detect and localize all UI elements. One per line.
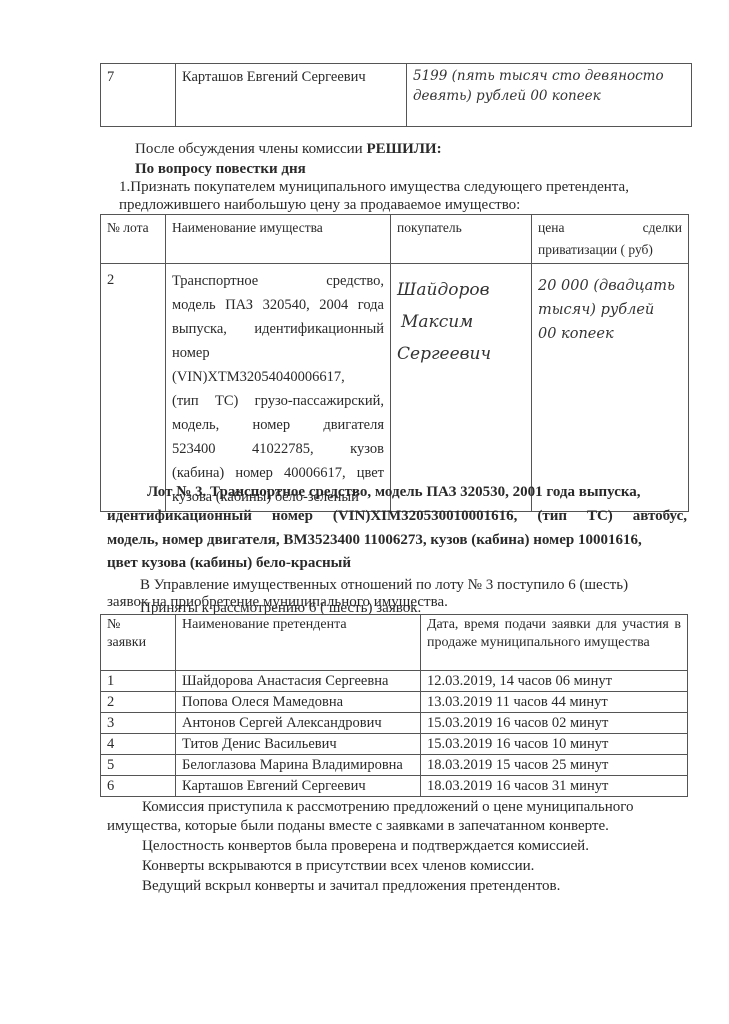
col-property-name: Наименование имущества <box>166 215 391 264</box>
property-description: Транспортное средство, модель ПАЗ 320540… <box>166 264 391 512</box>
col-price-line2: приватизации ( руб) <box>538 239 682 261</box>
col-price-line1-right: сделки <box>643 217 682 239</box>
table-row: 1 Шайдорова Анастасия Сергеевна 12.03.20… <box>101 671 688 692</box>
closing-p3: Конверты вскрываются в присутствии всех … <box>142 856 534 876</box>
applications-table: № заявки Наименование претендента Дата, … <box>100 614 688 797</box>
lot3-heading-line3: модель, номер двигателя, ВМ3523400 11006… <box>107 530 642 550</box>
bid-price-line1: 5199 (пять тысяч сто девяносто <box>413 66 685 86</box>
col-applicant-name: Наименование претендента <box>176 615 421 671</box>
applicant-name: Антонов Сергей Александрович <box>176 713 421 734</box>
buyer-patronymic: Сергеевич <box>397 338 525 370</box>
table-row: 6 Карташов Евгений Сергеевич 18.03.2019 … <box>101 776 688 797</box>
col-price-line1-left: цена <box>538 217 564 239</box>
decision-intro-text: После обсуждения члены комиссии <box>135 141 366 157</box>
submission-date: 18.03.2019 16 часов 31 минут <box>421 776 688 797</box>
desc-line: выпуска, идентификационный <box>172 317 384 341</box>
decision-intro: После обсуждения члены комиссии РЕШИЛИ: <box>135 139 442 159</box>
closing-p4: Ведущий вскрыл конверты и зачитал предло… <box>142 876 560 896</box>
col-price: цена сделки приватизации ( руб) <box>532 215 689 264</box>
decision-item1-line1: 1.Признать покупателем муниципального им… <box>119 177 689 197</box>
col-lot-number: № лота <box>101 215 166 264</box>
application-number: 4 <box>101 734 176 755</box>
buyer-handwritten: Шайдоров Максим Сергеевич <box>391 264 532 512</box>
table-header-row: № заявки Наименование претендента Дата, … <box>101 615 688 671</box>
application-number: 1 <box>101 671 176 692</box>
decision-table: № лота Наименование имущества покупатель… <box>100 214 689 512</box>
closing-p1-line1: Комиссия приступила к рассмотрению предл… <box>142 797 634 817</box>
table-row: 7 Карташов Евгений Сергеевич 5199 (пять … <box>101 64 692 127</box>
col-buyer: покупатель <box>391 215 532 264</box>
col-number-line1: № <box>107 616 169 634</box>
buyer-first-name: Максим <box>397 306 525 338</box>
lot3-heading-line1: Лот № 3. Транспортное средство, модель П… <box>147 482 687 502</box>
price-handwritten: 20 000 (двадцать тысяч) рублей 00 копеек <box>532 264 689 512</box>
bids-table-continuation: 7 Карташов Евгений Сергеевич 5199 (пять … <box>100 63 692 127</box>
col-application-number: № заявки <box>101 615 176 671</box>
price-line: 20 000 (двадцать <box>538 274 682 298</box>
application-number: 6 <box>101 776 176 797</box>
agenda-heading: По вопросу повестки дня <box>135 159 306 179</box>
applicant-name: Белоглазова Марина Владимировна <box>176 755 421 776</box>
desc-line: 523400 41022785, кузов <box>172 437 384 461</box>
buyer-surname: Шайдоров <box>397 274 525 306</box>
lot-number: 2 <box>101 264 166 512</box>
desc-line: Транспортное средство, <box>172 269 384 293</box>
applicant-name: Карташов Евгений Сергеевич <box>176 776 421 797</box>
decided-label: РЕШИЛИ: <box>366 141 441 157</box>
col-number-line2: заявки <box>107 634 169 652</box>
table-row: 2 Транспортное средство, модель ПАЗ 3205… <box>101 264 689 512</box>
table-row: 2 Попова Олеся Мамедовна 13.03.2019 11 ч… <box>101 692 688 713</box>
bid-price-handwritten: 5199 (пять тысяч сто девяносто девять) р… <box>407 64 692 127</box>
closing-p2: Целостность конвертов была проверена и п… <box>142 836 589 856</box>
application-number: 2 <box>101 692 176 713</box>
submission-date: 12.03.2019, 14 часов 06 минут <box>421 671 688 692</box>
application-number: 5 <box>101 755 176 776</box>
desc-line: модель, номер двигателя <box>172 413 384 437</box>
price-line: тысяч) рублей <box>538 298 682 322</box>
desc-line: (тип ТС) грузо-пассажирский, <box>172 389 384 413</box>
applicant-name: Попова Олеся Мамедовна <box>176 692 421 713</box>
bid-price-line2: девять) рублей 00 копеек <box>413 86 685 106</box>
applicant-name: Титов Денис Васильевич <box>176 734 421 755</box>
table-row: 3 Антонов Сергей Александрович 15.03.201… <box>101 713 688 734</box>
bid-number: 7 <box>101 64 176 127</box>
col-submission-date: Дата, время подачи заявки для участия в … <box>421 615 688 671</box>
applicant-name: Шайдорова Анастасия Сергеевна <box>176 671 421 692</box>
submission-date: 13.03.2019 11 часов 44 минут <box>421 692 688 713</box>
table-header-row: № лота Наименование имущества покупатель… <box>101 215 689 264</box>
lot3-heading-line2: идентификационный номер (VIN)XIM32053001… <box>107 506 687 526</box>
closing-p1-line2: имущества, которые были поданы вместе с … <box>107 816 609 836</box>
desc-line: модель ПАЗ 320540, 2004 года <box>172 293 384 317</box>
submission-date: 15.03.2019 16 часов 02 минут <box>421 713 688 734</box>
table-row: 5 Белоглазова Марина Владимировна 18.03.… <box>101 755 688 776</box>
desc-line: (VIN)XTM32054040006617, <box>172 365 384 389</box>
table-row: 4 Титов Денис Васильевич 15.03.2019 16 ч… <box>101 734 688 755</box>
desc-line: номер <box>172 341 384 365</box>
submission-date: 18.03.2019 15 часов 25 минут <box>421 755 688 776</box>
decision-item1-line2: предложившего наибольшую цену за продава… <box>119 195 520 215</box>
application-number: 3 <box>101 713 176 734</box>
bidder-name: Карташов Евгений Сергеевич <box>176 64 407 127</box>
submission-date: 15.03.2019 16 часов 10 минут <box>421 734 688 755</box>
lot3-heading-line4: цвет кузова (кабины) бело-красный <box>107 553 351 573</box>
price-line: 00 копеек <box>538 322 682 346</box>
